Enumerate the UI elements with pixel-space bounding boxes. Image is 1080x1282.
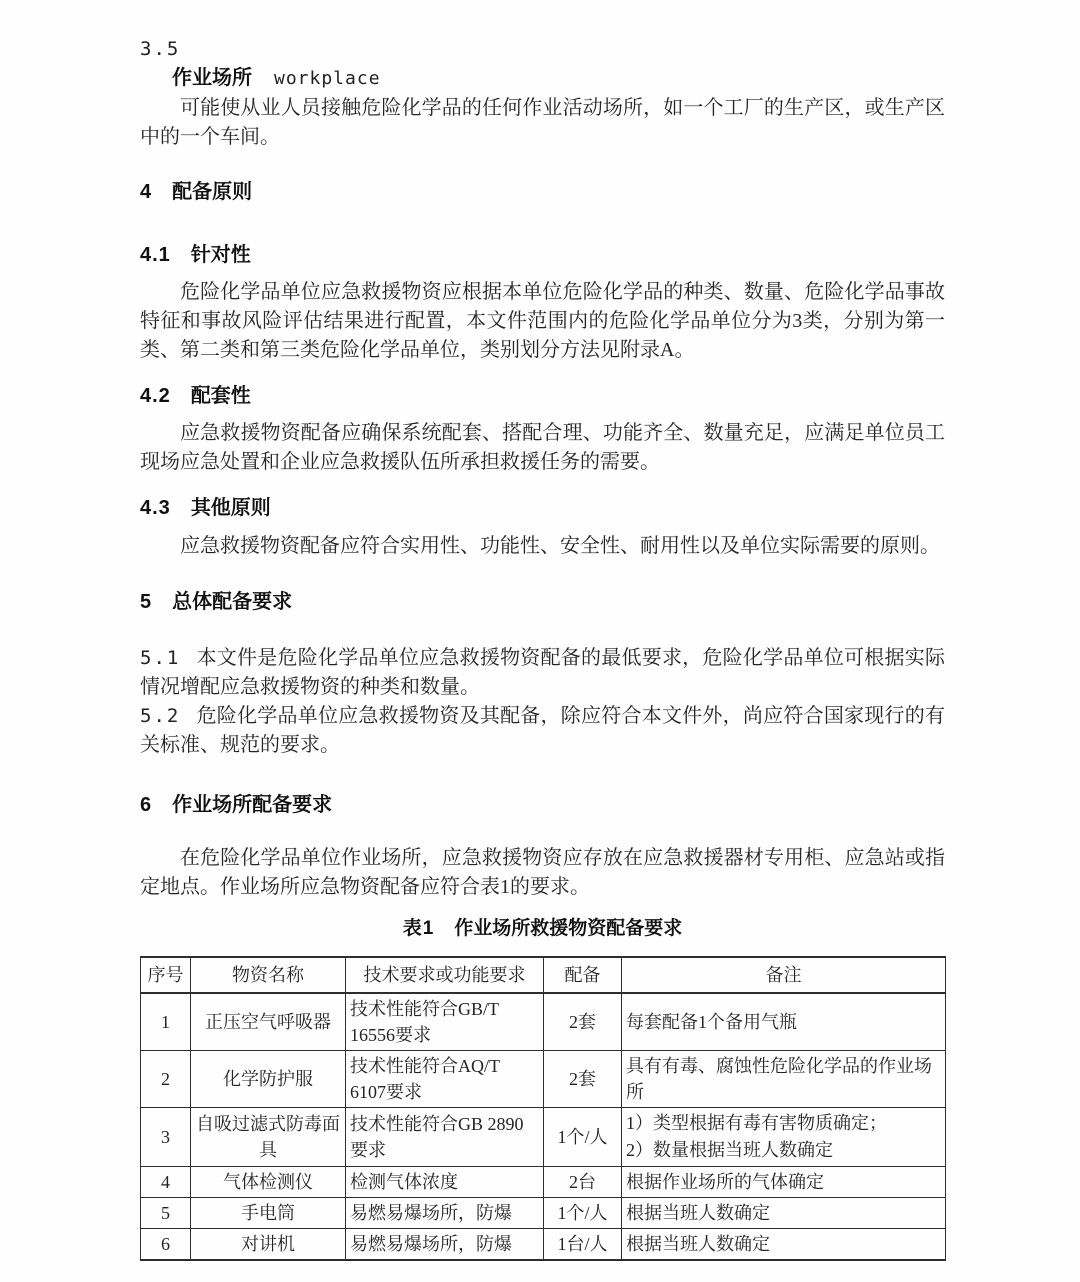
- section-6-body: 在危险化学品单位作业场所，应急救援物资应存放在应急救援器材专用柜、应急站或指定地…: [140, 844, 945, 902]
- term-en: workplace: [274, 68, 381, 89]
- quantity-cell: 2台: [544, 1167, 622, 1198]
- remark-cell: 根据当班人数确定: [622, 1229, 946, 1261]
- remark-cell: 每套配备1个备用气瓶: [622, 993, 946, 1051]
- clause-body: 本文件是危险化学品单位应急救援物资配备的最低要求，危险化学品单位可根据实际情况增…: [140, 647, 945, 698]
- section-number: 5: [140, 591, 152, 613]
- header-name: 物资名称: [191, 957, 346, 993]
- row-number-cell: 3: [141, 1108, 191, 1167]
- header-remark: 备注: [622, 957, 946, 993]
- section-4-1-body: 危险化学品单位应急救援物资应根据本单位危险化学品的种类、数量、危险化学品事故特征…: [140, 278, 945, 365]
- table-row: 3 自吸过滤式防毒面具 技术性能符合GB 2890要求 1个/人 1）类型根据有…: [141, 1108, 946, 1167]
- section-number: 4.3: [140, 497, 171, 519]
- section-4-1-heading: 4.1针对性: [140, 241, 945, 270]
- section-title: 作业场所配备要求: [172, 794, 332, 816]
- section-4-3-heading: 4.3其他原则: [140, 494, 945, 523]
- section-6-heading: 6作业场所配备要求: [140, 791, 945, 820]
- tech-req-cell: 技术性能符合GB/T 16556要求: [346, 993, 544, 1051]
- quantity-cell: 2套: [544, 993, 622, 1051]
- remark-cell: 1）类型根据有毒有害物质确定； 2）数量根据当班人数确定: [622, 1108, 946, 1167]
- row-number-cell: 1: [141, 993, 191, 1051]
- table-row: 5 手电筒 易燃易爆场所，防爆 1个/人 根据当班人数确定: [141, 1198, 946, 1229]
- material-name-cell: 对讲机: [191, 1229, 346, 1261]
- tech-req-cell: 易燃易爆场所，防爆: [346, 1198, 544, 1229]
- tech-req-cell: 技术性能符合AQ/T 6107要求: [346, 1051, 544, 1108]
- section-number: 4.1: [140, 244, 171, 266]
- section-number: 6: [140, 794, 152, 816]
- clause-number: 3.5: [140, 38, 945, 60]
- quantity-cell: 1台/人: [544, 1229, 622, 1261]
- clause-number: 5.1: [140, 647, 180, 669]
- table-caption: 表1作业场所救援物资配备要求: [140, 914, 945, 943]
- section-title: 针对性: [191, 244, 251, 266]
- remark-cell: 具有有毒、腐蚀性危险化学品的作业场所: [622, 1051, 946, 1108]
- tech-req-cell: 检测气体浓度: [346, 1167, 544, 1198]
- remark-cell: 根据当班人数确定: [622, 1198, 946, 1229]
- material-name-cell: 化学防护服: [191, 1051, 346, 1108]
- material-name-cell: 手电筒: [191, 1198, 346, 1229]
- header-serial: 序号: [141, 957, 191, 993]
- clause-3-5: 3.5 作业场所workplace 可能使从业人员接触危险化学品的任何作业活动场…: [140, 38, 945, 152]
- rescue-materials-table: 序号 物资名称 技术要求或功能要求 配备 备注 1 正压空气呼吸器 技术性能符合…: [140, 956, 946, 1261]
- row-number-cell: 5: [141, 1198, 191, 1229]
- table-header-row: 序号 物资名称 技术要求或功能要求 配备 备注: [141, 957, 946, 993]
- clause-number: 5.2: [140, 705, 180, 727]
- quantity-cell: 2套: [544, 1051, 622, 1108]
- section-number: 4.2: [140, 385, 171, 407]
- clause-body: 危险化学品单位应急救援物资及其配备，除应符合本文件外，尚应符合国家现行的有关标准…: [140, 705, 945, 756]
- section-title: 总体配备要求: [172, 591, 292, 613]
- section-5-heading: 5总体配备要求: [140, 588, 945, 617]
- remark-line: 1）类型根据有毒有害物质确定；: [626, 1110, 941, 1137]
- material-name-cell: 正压空气呼吸器: [191, 993, 346, 1051]
- clause-5-1: 5.1本文件是危险化学品单位应急救援物资配备的最低要求，危险化学品单位可根据实际…: [140, 644, 945, 702]
- section-title: 其他原则: [191, 497, 271, 519]
- section-title: 配套性: [191, 385, 251, 407]
- term-definition: 可能使从业人员接触危险化学品的任何作业活动场所，如一个工厂的生产区，或生产区中的…: [140, 94, 945, 152]
- quantity-cell: 1个/人: [544, 1198, 622, 1229]
- table-row: 6 对讲机 易燃易爆场所，防爆 1台/人 根据当班人数确定: [141, 1229, 946, 1261]
- section-4-2-body: 应急救援物资配备应确保系统配套、搭配合理、功能齐全、数量充足，应满足单位员工现场…: [140, 419, 945, 477]
- section-4-2-heading: 4.2配套性: [140, 382, 945, 411]
- table-caption-label: 表1: [403, 918, 435, 939]
- standard-document-page: 3.5 作业场所workplace 可能使从业人员接触危险化学品的任何作业活动场…: [0, 0, 1080, 1282]
- material-name-cell: 气体检测仪: [191, 1167, 346, 1198]
- table-row: 1 正压空气呼吸器 技术性能符合GB/T 16556要求 2套 每套配备1个备用…: [141, 993, 946, 1051]
- tech-req-cell: 技术性能符合GB 2890要求: [346, 1108, 544, 1167]
- table-row: 4 气体检测仪 检测气体浓度 2台 根据作业场所的气体确定: [141, 1167, 946, 1198]
- header-qty: 配备: [544, 957, 622, 993]
- term-zh: 作业场所: [172, 67, 252, 89]
- remark-cell: 根据作业场所的气体确定: [622, 1167, 946, 1198]
- row-number-cell: 4: [141, 1167, 191, 1198]
- section-title: 配备原则: [172, 181, 252, 203]
- header-tech: 技术要求或功能要求: [346, 957, 544, 993]
- section-number: 4: [140, 181, 152, 203]
- section-4-heading: 4配备原则: [140, 178, 945, 207]
- term-line: 作业场所workplace: [140, 64, 945, 94]
- row-number-cell: 2: [141, 1051, 191, 1108]
- clause-5-2: 5.2危险化学品单位应急救援物资及其配备，除应符合本文件外，尚应符合国家现行的有…: [140, 702, 945, 760]
- material-name-cell: 自吸过滤式防毒面具: [191, 1108, 346, 1167]
- row-number-cell: 6: [141, 1229, 191, 1261]
- section-4-3-body: 应急救援物资配备应符合实用性、功能性、安全性、耐用性以及单位实际需要的原则。: [140, 532, 945, 561]
- table-caption-title: 作业场所救援物资配备要求: [454, 918, 682, 939]
- remark-line: 2）数量根据当班人数确定: [626, 1137, 941, 1164]
- table-row: 2 化学防护服 技术性能符合AQ/T 6107要求 2套 具有有毒、腐蚀性危险化…: [141, 1051, 946, 1108]
- quantity-cell: 1个/人: [544, 1108, 622, 1167]
- tech-req-cell: 易燃易爆场所，防爆: [346, 1229, 544, 1261]
